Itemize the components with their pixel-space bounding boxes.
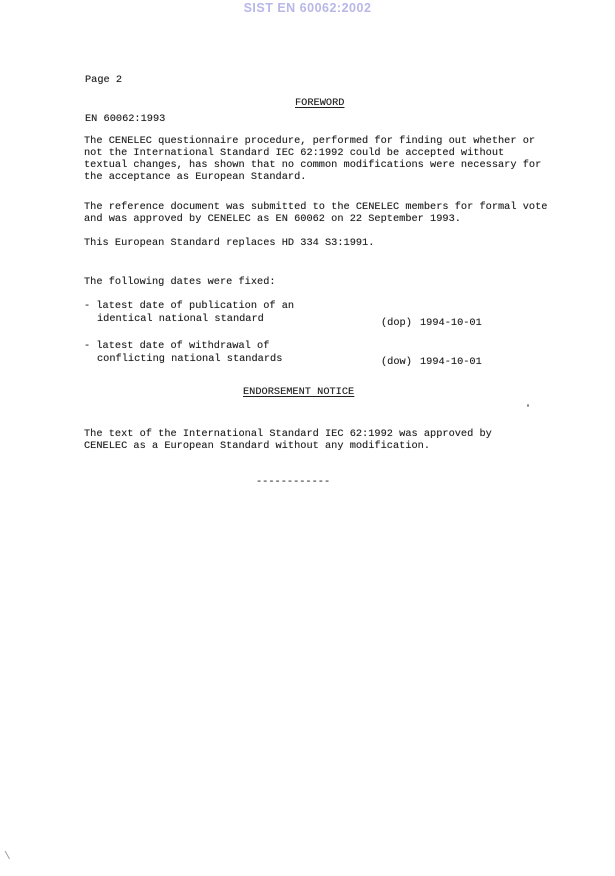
standard-reference-label: EN 60062:1993: [85, 113, 165, 126]
fixed-date-item-date: 1994-10-01: [420, 356, 482, 368]
fixed-date-item-code: (dow): [381, 356, 412, 368]
fixed-date-item-date: 1994-10-01: [420, 317, 482, 329]
page-number-label: Page 2: [85, 74, 165, 87]
fixed-date-item-line1: - latest date of publication of an: [84, 300, 294, 312]
endorsement-notice-title: ENDORSEMENT NOTICE: [243, 386, 354, 398]
fixed-date-item-line2: conflicting national standards: [97, 353, 282, 365]
document-page: SIST EN 60062:2002 Page 2 EN 60062:1993 …: [0, 0, 615, 876]
scan-corner-mark: \: [4, 851, 11, 863]
foreword-paragraph-1: The CENELEC questionnaire procedure, per…: [84, 135, 541, 183]
fixed-date-item-line1: - latest date of withdrawal of: [84, 340, 269, 352]
watermark-header: SIST EN 60062:2002: [0, 1, 615, 15]
foreword-paragraph-3: This European Standard replaces HD 334 S…: [84, 237, 374, 249]
endorsement-paragraph: The text of the International Standard I…: [84, 428, 492, 452]
dashed-separator: ------------: [256, 476, 330, 488]
fixed-dates-intro: The following dates were fixed:: [84, 276, 276, 288]
foreword-paragraph-2: The reference document was submitted to …: [84, 201, 547, 225]
fixed-date-item-code: (dop): [381, 317, 412, 329]
scan-speck: [527, 404, 529, 407]
fixed-date-item-line2: identical national standard: [97, 313, 264, 325]
foreword-title: FOREWORD: [295, 97, 344, 109]
